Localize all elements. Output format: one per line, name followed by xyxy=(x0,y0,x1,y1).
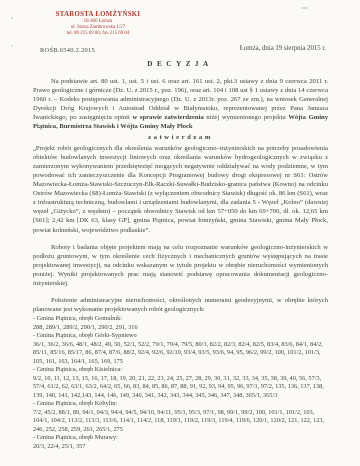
authority-phone-fax: tel. 86 215 69 00, fax 215 69 04 xyxy=(37,31,159,37)
case-reference-number: ROŚB.6540.2.2015 xyxy=(40,47,95,54)
scanned-decision-document: STAROSTA ŁOMŻYŃSKI 18-400 Łomża ul. Szos… xyxy=(0,0,360,466)
project-title-paragraph: „Projekt robót geologicznych dla określe… xyxy=(33,144,328,235)
parcel-numbers: 7/2, 45/2, 88/1, 89, 94/1, 94/3, 94/4, 9… xyxy=(33,409,328,435)
scan-artifact xyxy=(301,7,308,9)
scope-paragraph: Roboty i badania objęte projektem mają n… xyxy=(33,243,328,288)
scan-artifact xyxy=(11,17,13,19)
parcel-numbers: 288, 289/1, 289/2, 290/1, 290/2, 291, 31… xyxy=(33,324,328,333)
parcel-area-label: - Gmina Piątnica, obręb Górki-Sypniewo xyxy=(33,332,328,341)
scan-artifact xyxy=(11,45,13,47)
parcel-group-kisielnica: - Gmina Piątnica, obręb Kisielnica: 9/2,… xyxy=(33,366,328,400)
parcel-list: - Gmina Piątnica, obręb Gomulnik: 288, 2… xyxy=(33,315,328,451)
parcel-area-label: - Gmina Piątnica, obręb Kisielnica: xyxy=(33,366,328,375)
parcel-numbers: 20/3, 22/4, 25/1, 357 xyxy=(33,443,328,452)
legal-basis-emphasis-1: w sprawie zatwierdzenia xyxy=(132,114,203,121)
parcel-area-label: - Gmina Piątnica, obręb Gomulnik: xyxy=(33,315,328,324)
parcel-area-label: - Gmina Piątnica, obręb Kobylin: xyxy=(33,400,328,409)
letterhead-stamp: STAROSTA ŁOMŻYŃSKI 18-400 Łomża ul. Szos… xyxy=(37,11,159,37)
parcel-group-gomulnik: - Gmina Piątnica, obręb Gomulnik: 288, 2… xyxy=(33,315,328,332)
parcel-numbers: 9/2, 10, 11, 12, 13, 15, 16, 17, 18, 19,… xyxy=(33,375,328,401)
parcel-group-kobylin: - Gmina Piątnica, obręb Kobylin: 7/2, 45… xyxy=(33,400,328,434)
place-and-date: Łomża, dnia 19 sierpnia 2015 r. xyxy=(240,45,326,52)
location-intro-paragraph: Położenie administracyjne nieruchomości,… xyxy=(33,296,328,314)
document-title: DECYZJA xyxy=(0,60,360,68)
document-body: Na podstawie art. 80 ust. 1, ust. 5 i us… xyxy=(33,77,328,451)
parcel-area-label: - Gmina Piątnica, obręb Murawy: xyxy=(33,434,328,443)
parcel-numbers: 36/1, 36/2, 36/6, 48/1, 48/2, 49, 50, 52… xyxy=(33,341,328,367)
parcel-group-gorki-sypniewo: - Gmina Piątnica, obręb Górki-Sypniewo 3… xyxy=(33,332,328,366)
approval-word: zatwierdzam xyxy=(33,133,328,142)
legal-basis-text-2: niżej wymienionego projektu xyxy=(204,114,289,121)
legal-basis-paragraph: Na podstawie art. 80 ust. 1, ust. 5 i us… xyxy=(33,77,328,132)
authority-name: STAROSTA ŁOMŻYŃSKI xyxy=(37,11,159,19)
parcel-group-murawy: - Gmina Piątnica, obręb Murawy: 20/3, 22… xyxy=(33,434,328,451)
